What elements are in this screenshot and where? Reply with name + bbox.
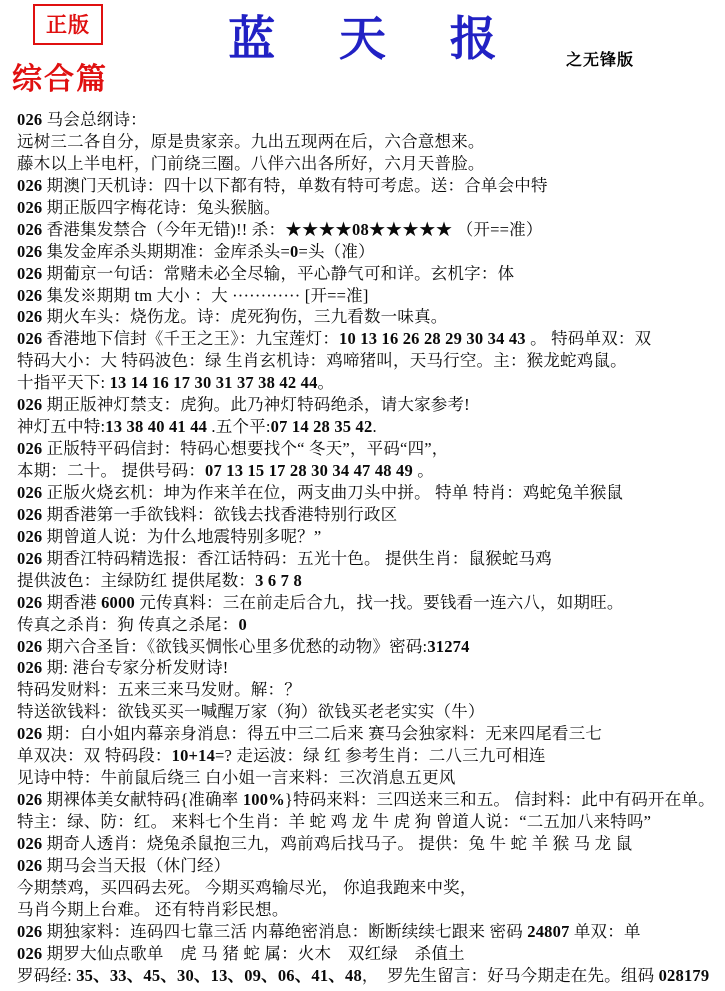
body-line: 单双决：双 特码段：10+14=? 走运波：绿 红 参考生肖：二八三九可相连 <box>17 745 721 767</box>
body-line: 传真之杀肖：狗 传真之杀尾：0 <box>17 614 721 636</box>
body-line: 十指平天下: 13 14 16 17 30 31 37 38 42 44。 <box>17 372 721 394</box>
body-line: 026 期独家料：连码四七靠三活 内幕绝密消息：断断续续七跟来 密码 24807… <box>17 921 721 943</box>
body-line: 026 期奇人透肖：烧兔杀鼠抱三九，鸡前鸡后找马子。 提供：兔 牛 蛇 羊 猴 … <box>17 833 721 855</box>
edition-label: 之无锋版 <box>566 47 634 70</box>
body-line: 026 期罗大仙点歌单 虎 马 猪 蛇 属：火木 双红绿 杀值土 <box>17 943 721 965</box>
body-line: 马肖今期上台难。 还有特肖彩民想。 <box>17 899 721 921</box>
body-line: 026 期裸体美女献特码{准确率 100%}特码来料：三四送来三和五。 信封料：… <box>17 789 721 811</box>
body-line: 今期禁鸡，买四码去死。 今期买鸡输尽光， 你追我跑来中奖， <box>17 877 721 899</box>
body-line: 026 集发※期期 tm 大小 ：大 ············ [开==准] <box>17 285 721 307</box>
body-line: 026 期葡京一句话：常赌未必全尽输，平心静气可和详。玄机字：体 <box>17 263 721 285</box>
body-line: 026 期香江特码精选报：香江话特码：五光十色。 提供生肖：鼠猴蛇马鸡 <box>17 548 721 570</box>
header: 正版 蓝 天 报 之无锋版 综合篇 <box>0 0 725 108</box>
body-line: 026 期马会当天报（休门经） <box>17 855 721 877</box>
body-line: 特码大小：大 特码波色：绿 生肖玄机诗：鸡啼猪叫，天马行空。主：猴龙蛇鸡鼠。 <box>17 350 721 372</box>
body-line: 026 期香港第一手欲钱料：欲钱去找香港特别行政区 <box>17 504 721 526</box>
body-line: 026 香港地下信封《千王之王》：九宝莲灯：10 13 16 26 28 29 … <box>17 328 721 350</box>
body-line: 026 期六合圣旨：《欲钱买惆怅心里多优愁的动物》密码:31274 <box>17 636 721 658</box>
body-line: 026 香港集发禁合（今年无错)!! 杀：★★★★08★★★★★ （开==准） <box>17 219 721 241</box>
body-line: 特码发财料：五来三来马发财。解：？ <box>17 679 721 701</box>
body-line: 026 期曾道人说：为什么地震特别多呢？” <box>17 526 721 548</box>
body-line: 见诗中特：牛前鼠后绕三 白小姐一言来料：三次消息五更风 <box>17 767 721 789</box>
body-line: 远树三二各自分，原是贵家亲。九出五现两在后，六合意想来。 <box>17 131 721 153</box>
body-line: 罗码经: 35、33、45、30、13、09、06、41、48， 罗先生留言：好… <box>17 965 721 987</box>
body-line: 026 期澳门天机诗：四十以下都有特，单数有特可考虑。送：合单会中特 <box>17 175 721 197</box>
body-line: 026 集发金库杀头期期准：金库杀头=0=头（准） <box>17 241 721 263</box>
body-text: 026 马会总纲诗：远树三二各自分，原是贵家亲。九出五现两在后，六合意想来。藤木… <box>17 109 721 987</box>
body-line: 026 正版火烧玄机：坤为作来羊在位，两支曲刀头中拼。 特单 特肖：鸡蛇兔羊猴鼠 <box>17 482 721 504</box>
body-line: 026 期正版神灯禁支：虎狗。此乃神灯特码绝杀，请大家参考! <box>17 394 721 416</box>
section-title: 综合篇 <box>12 54 108 98</box>
body-line: 特主：绿、防：红。 来料七个生肖：羊 蛇 鸡 龙 牛 虎 狗 曾道人说：“二五加… <box>17 811 721 833</box>
body-line: 本期：二十。 提供号码：07 13 15 17 28 30 34 47 48 4… <box>17 460 721 482</box>
body-line: 026 期：白小姐内幕亲身消息：得五中三二后来 赛马会独家料：无来四尾看三七 <box>17 723 721 745</box>
body-line: 特送欲钱料：欲钱买买一喊醒万家（狗）欲钱买老老实实（牛） <box>17 701 721 723</box>
page: { "header": { "badge": "正版", "title": "蓝… <box>0 0 725 991</box>
body-line: 026 期: 港台专家分析发财诗! <box>17 657 721 679</box>
body-line: 026 期香港 6000 元传真料：三在前走后合九，找一找。要钱看一连六八，如期… <box>17 592 721 614</box>
body-line: 神灯五中特:13 38 40 41 44 .五个平:07 14 28 35 42… <box>17 416 721 438</box>
body-line: 藤木以上半电杆，门前绕三圈。八伴六出各所好，六月天普脸。 <box>17 153 721 175</box>
body-line: 026 马会总纲诗： <box>17 109 721 131</box>
body-line: 026 期正版四字梅花诗：兔头猴脑。 <box>17 197 721 219</box>
body-line: 026 期火车头：烧伤龙。诗：虎死狗伤，三九看数一味真。 <box>17 306 721 328</box>
body-line: 026 正版特平码信封：特码心想要找个“ 冬天”，平码“四”， <box>17 438 721 460</box>
body-line: 提供波色：主绿防红 提供尾数：3 6 7 8 <box>17 570 721 592</box>
